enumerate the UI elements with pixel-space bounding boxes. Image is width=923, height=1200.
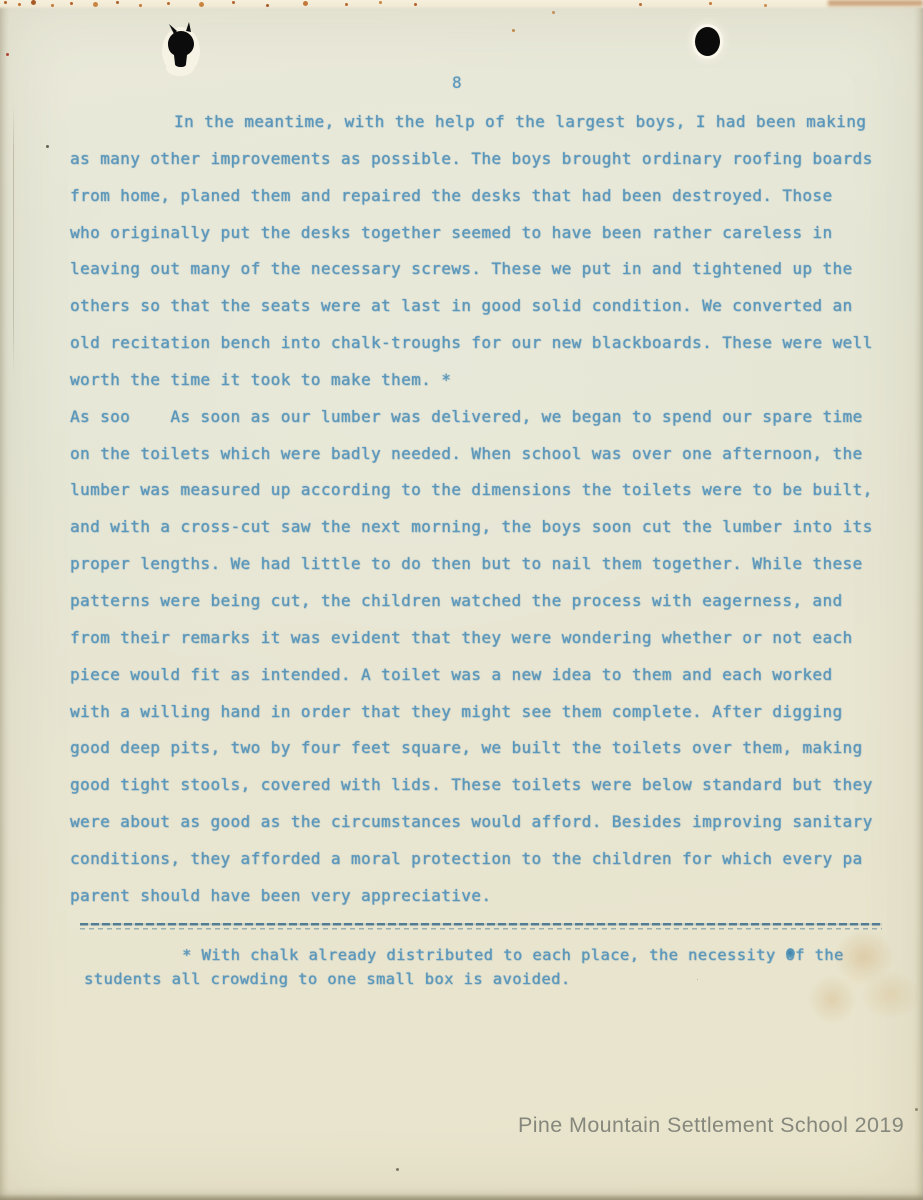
typed-text-line: piece would fit as intended. A toilet wa… xyxy=(70,657,905,694)
typed-text-line: proper lengths. We had little to do then… xyxy=(70,546,905,583)
rust-speckles xyxy=(4,1,7,4)
typed-text-line: and with a cross-cut saw the next mornin… xyxy=(70,509,905,546)
typed-text-line: As soo As soon as our lumber was deliver… xyxy=(70,399,905,436)
typed-text-line: as many other improvements as possible. … xyxy=(70,141,905,178)
watermark: Pine Mountain Settlement School 2019 xyxy=(518,1113,904,1138)
footnote-text: * With chalk already distributed to each… xyxy=(84,944,904,991)
typed-text-line: on the toilets which were badly needed. … xyxy=(70,436,905,473)
typed-text-line: students all crowding to one small box i… xyxy=(84,968,904,992)
page-number: 8 xyxy=(452,73,462,92)
typed-text-line: others so that the seats were at last in… xyxy=(70,288,905,325)
typed-text-line: good deep pits, two by four feet square,… xyxy=(70,730,905,767)
ink-dot xyxy=(786,948,795,959)
typed-text-line: worth the time it took to make them. * xyxy=(70,362,905,399)
footnote-separator-line xyxy=(80,923,882,931)
typed-text-line: good tight stools, covered with lids. Th… xyxy=(70,767,905,804)
top-edge-rust-stain xyxy=(828,0,923,6)
typed-text-line: old recitation bench into chalk-troughs … xyxy=(70,325,905,362)
typed-text-line: from their remarks it was evident that t… xyxy=(70,620,905,657)
typed-text-line: leaving out many of the necessary screws… xyxy=(70,251,905,288)
scanned-document-page: 8 In the meantime, with the help of the … xyxy=(0,0,923,1200)
right-hole-punch-icon xyxy=(695,27,720,56)
typed-text-line: In the meantime, with the help of the la… xyxy=(70,104,905,141)
typed-text-line: lumber was measured up according to the … xyxy=(70,472,905,509)
typed-text-line: patterns were being cut, the children wa… xyxy=(70,583,905,620)
paper-specks xyxy=(46,145,49,148)
paper-stain xyxy=(795,928,920,1043)
paper-fold-line xyxy=(13,105,14,375)
typed-text-line: * With chalk already distributed to each… xyxy=(84,944,904,968)
left-hole-punch-icon xyxy=(156,18,206,78)
typed-text-line: were about as good as the circumstances … xyxy=(70,804,905,841)
typed-body-text: In the meantime, with the help of the la… xyxy=(70,104,905,915)
typed-text-line: conditions, they afforded a moral protec… xyxy=(70,841,905,878)
typed-text-line: from home, planed them and repaired the … xyxy=(70,178,905,215)
typed-text-line: parent should have been very appreciativ… xyxy=(70,878,905,915)
page-top-edge xyxy=(0,0,923,9)
typed-text-line: who originally put the desks together se… xyxy=(70,215,905,252)
page-bottom-edge xyxy=(0,1194,923,1200)
typed-text-line: with a willing hand in order that they m… xyxy=(70,694,905,731)
